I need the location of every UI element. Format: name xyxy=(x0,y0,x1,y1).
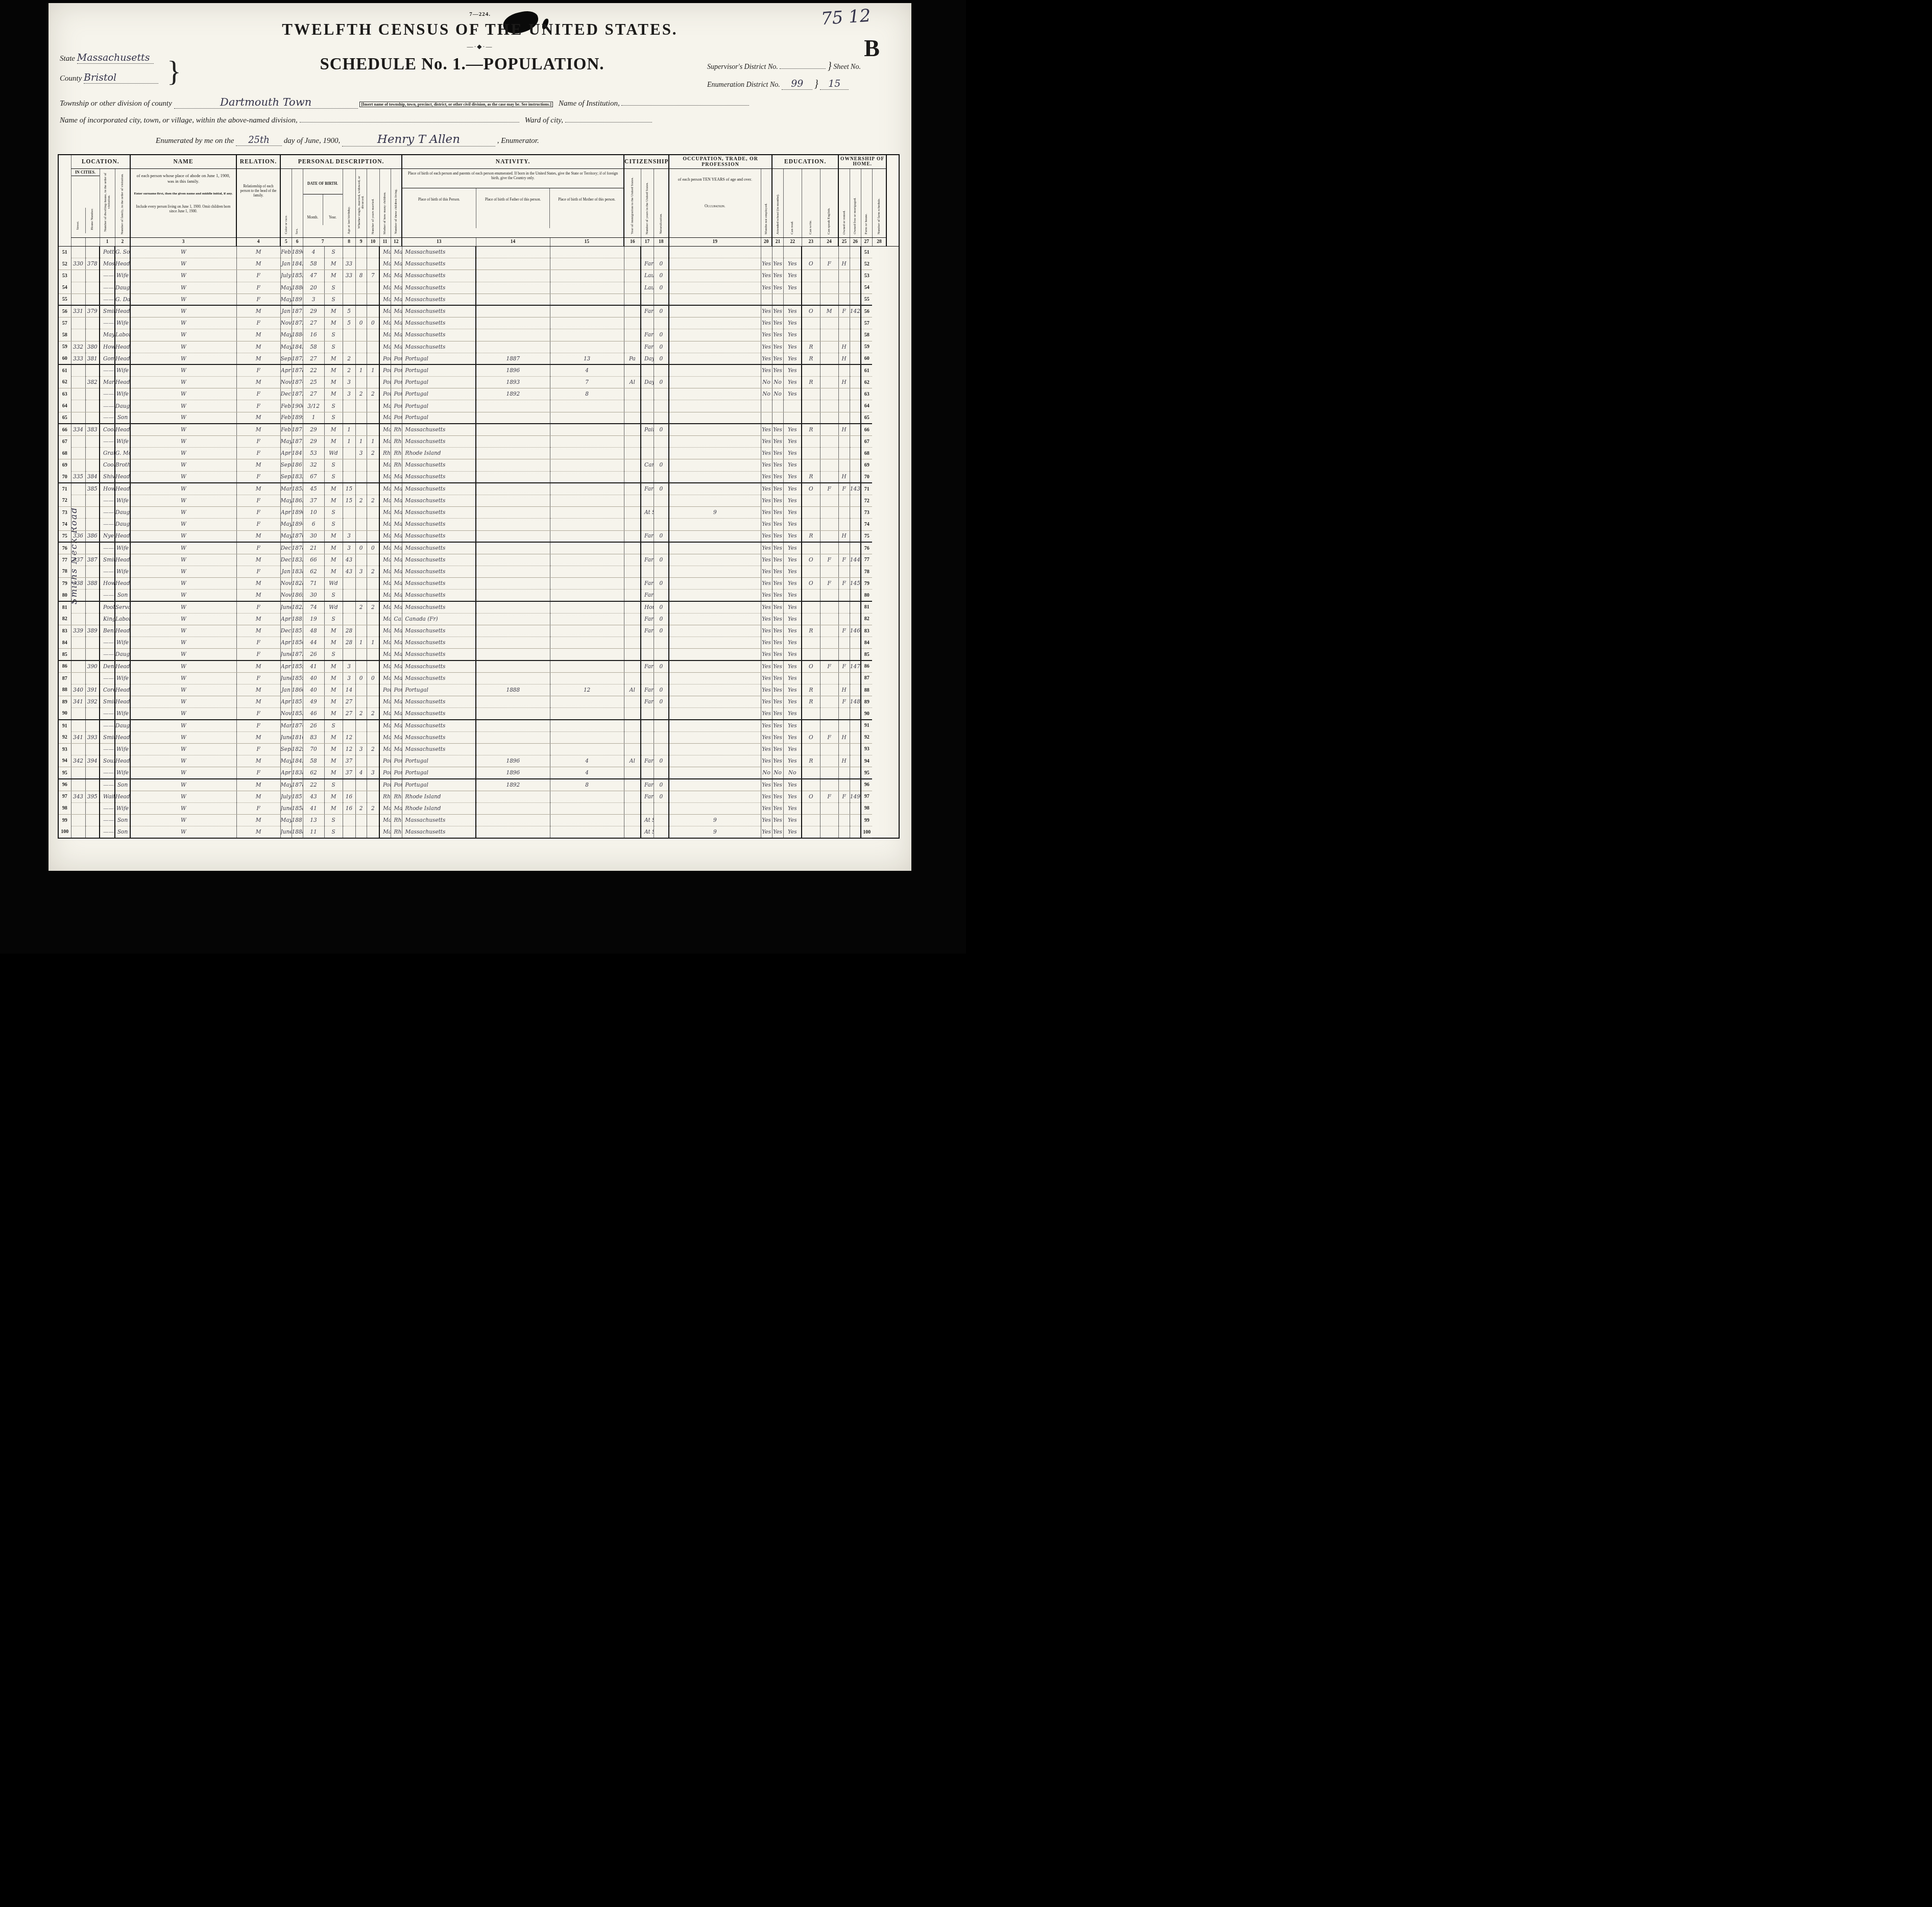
cell-marital: M xyxy=(324,305,343,317)
cell-line: 82 xyxy=(58,613,71,625)
cell-dwelling_no: 331 xyxy=(71,305,85,317)
cell-line-right: 81 xyxy=(861,601,872,613)
cell-occupation: Farm laborer xyxy=(641,590,654,601)
cell-can_read: Yes xyxy=(761,341,772,353)
cell-farm_schedule xyxy=(850,459,861,471)
cell-name: Howland, Edward xyxy=(100,341,115,353)
cell-children_living: 2 xyxy=(367,495,379,506)
cell-line: 98 xyxy=(58,802,71,814)
cell-years_married xyxy=(343,613,355,625)
cell-farm_schedule xyxy=(850,377,861,388)
cell-line: 95 xyxy=(58,767,71,779)
cell-farm_house: F xyxy=(838,791,850,802)
cell-name: ———, Phebe A. D. xyxy=(100,708,115,720)
cell-months_unemployed xyxy=(654,294,669,305)
cell-color: W xyxy=(130,755,236,767)
enumerated-mid: day of June, 1900, xyxy=(284,137,340,145)
cell-children_living xyxy=(367,684,379,696)
cell-mother_of xyxy=(355,305,367,317)
cell-line: 88 xyxy=(58,684,71,696)
cell-line-right: 70 xyxy=(861,471,872,483)
cell-relation: Wife xyxy=(115,802,130,814)
cell-farm_house xyxy=(838,601,850,613)
cell-pob_father: Rhode Island xyxy=(391,448,402,459)
cell-age: 40 xyxy=(303,684,324,696)
cell-speaks_english: Yes xyxy=(783,672,802,684)
cell-school_months xyxy=(669,743,761,755)
cell-free_mortgaged xyxy=(820,471,838,483)
cell-dwelling_no xyxy=(71,767,85,779)
cell-occupation: Farmer xyxy=(641,554,654,566)
cell-free_mortgaged xyxy=(820,294,838,305)
cell-farm_schedule xyxy=(850,412,861,424)
cell-years_married xyxy=(343,400,355,412)
cell-farm_house: H xyxy=(838,755,850,767)
cell-birth_year: 1858 xyxy=(292,802,303,814)
cell-family_no: 387 xyxy=(85,554,100,566)
cell-imm_year xyxy=(476,554,550,566)
cell-dwelling_no: 341 xyxy=(71,696,85,708)
cell-color: W xyxy=(130,731,236,743)
cell-can_write: Yes xyxy=(772,424,783,435)
cell-dwelling_no xyxy=(71,436,85,448)
cell-name: ———, Rebecca A. xyxy=(100,637,115,649)
cell-line: 66 xyxy=(58,424,71,435)
cell-family_no xyxy=(85,495,100,506)
cell-free_mortgaged xyxy=(820,625,838,637)
cell-dwelling_no xyxy=(71,495,85,506)
cell-age: 46 xyxy=(303,708,324,720)
cell-mother_of: 2 xyxy=(355,601,367,613)
cell-school_months xyxy=(669,590,761,601)
cell-line-right: 68 xyxy=(861,448,872,459)
cell-school_months xyxy=(669,519,761,530)
cell-can_write: Yes xyxy=(772,791,783,802)
cell-speaks_english xyxy=(783,247,802,258)
cell-sex: F xyxy=(236,802,280,814)
cell-marital: M xyxy=(324,530,343,542)
cell-line-right: 97 xyxy=(861,791,872,802)
cell-pob_mother: Rhode Island xyxy=(402,448,476,459)
cell-years_us xyxy=(550,542,624,554)
col-farm-house: Farm or house. xyxy=(864,213,868,235)
cell-line: 71 xyxy=(58,483,71,495)
cell-relation: Head xyxy=(115,341,130,353)
cell-color: W xyxy=(130,400,236,412)
table-row: 79338388Howland, Gideon R.HeadWMNov18287… xyxy=(58,578,899,590)
cell-pob: Massachusetts xyxy=(379,436,391,448)
cell-pob_father: Portugal xyxy=(391,353,402,364)
line-col-header-right xyxy=(886,155,899,247)
cell-free_mortgaged xyxy=(820,400,838,412)
table-row: 91———, Clara E.DaughterWFMar187426SMassa… xyxy=(58,720,899,731)
table-row: 71385Howland, JosephHeadWMMar185545M15Ma… xyxy=(58,483,899,495)
cell-months_unemployed xyxy=(654,566,669,578)
cell-speaks_english: Yes xyxy=(783,578,802,590)
cell-mother_of xyxy=(355,696,367,708)
cell-line: 63 xyxy=(58,388,71,400)
cell-speaks_english: Yes xyxy=(783,696,802,708)
cell-birth_year: 1872 xyxy=(292,317,303,329)
cell-can_read: Yes xyxy=(761,601,772,613)
cell-owned_rented xyxy=(802,388,820,400)
cell-family_no xyxy=(85,294,100,305)
col-can-write: Can write. xyxy=(809,219,812,235)
cell-birth_month: Apr xyxy=(280,661,292,672)
cell-sex: M xyxy=(236,661,280,672)
cell-relation: Head xyxy=(115,377,130,388)
cell-mother_of: 8 xyxy=(355,270,367,282)
cell-marital: M xyxy=(324,388,343,400)
cell-marital: S xyxy=(324,294,343,305)
cell-mother_of xyxy=(355,590,367,601)
cell-school_months xyxy=(669,661,761,672)
cell-name: ———, Tomassia xyxy=(100,767,115,779)
cell-years_married xyxy=(343,601,355,613)
col-color-race: Color or race. xyxy=(284,214,288,235)
cell-birth_month: Apr xyxy=(280,696,292,708)
cell-relation: G. Mother xyxy=(115,448,130,459)
cell-months_unemployed: 0 xyxy=(654,353,669,364)
enumeration-value: 99 xyxy=(791,78,803,89)
cell-sex: F xyxy=(236,270,280,282)
cell-line-right: 64 xyxy=(861,400,872,412)
cell-mother_of xyxy=(355,282,367,294)
cell-pob_mother: Massachusetts xyxy=(402,483,476,495)
cell-family_no xyxy=(85,459,100,471)
cell-owned_rented xyxy=(802,317,820,329)
cell-family_no xyxy=(85,400,100,412)
cell-owned_rented xyxy=(802,364,820,376)
cell-name: ———, Jane E. xyxy=(100,542,115,554)
enumerator-suffix: , Enumerator. xyxy=(497,137,539,145)
cell-marital: M xyxy=(324,625,343,637)
cell-farm_schedule: 143 xyxy=(850,483,861,495)
cell-family_no: 386 xyxy=(85,530,100,542)
cell-line-right: 100 xyxy=(861,826,872,838)
cell-years_married: 43 xyxy=(343,566,355,578)
cell-marital: S xyxy=(324,412,343,424)
col-months-unemployed: Months not employed. xyxy=(764,203,768,235)
cell-occupation xyxy=(641,495,654,506)
handwritten-page-note: 75 12 xyxy=(820,6,871,30)
cell-naturalization xyxy=(624,578,641,590)
cell-pob: Massachusetts xyxy=(379,294,391,305)
cell-relation: Head xyxy=(115,625,130,637)
cell-years_us: 8 xyxy=(550,779,624,791)
cell-marital: M xyxy=(324,377,343,388)
cell-name: ———, Clara M. xyxy=(100,282,115,294)
cell-pob_mother: Massachusetts xyxy=(402,815,476,826)
cell-marital: M xyxy=(324,696,343,708)
cell-pob: Massachusetts xyxy=(379,708,391,720)
cell-birth_year: 1871 xyxy=(292,436,303,448)
cell-mother_of: 0 xyxy=(355,317,367,329)
cell-free_mortgaged: F xyxy=(820,661,838,672)
cell-birth_month: Sept xyxy=(280,353,292,364)
cell-mother_of xyxy=(355,412,367,424)
cell-line: 59 xyxy=(58,341,71,353)
cell-months_unemployed: 0 xyxy=(654,341,669,353)
cell-pob: Massachusetts xyxy=(379,590,391,601)
cell-line: 57 xyxy=(58,317,71,329)
cell-pob_father: Massachusetts xyxy=(391,294,402,305)
cell-age: 71 xyxy=(303,578,324,590)
cell-years_us: 4 xyxy=(550,755,624,767)
cell-school_months: 9 xyxy=(669,507,761,519)
cell-imm_year xyxy=(476,530,550,542)
cell-speaks_english: Yes xyxy=(783,282,802,294)
cell-months_unemployed: 0 xyxy=(654,483,669,495)
cell-months_unemployed xyxy=(654,364,669,376)
cell-color: W xyxy=(130,519,236,530)
cell-can_write: Yes xyxy=(772,495,783,506)
county-label: County xyxy=(60,75,82,83)
cell-owned_rented: R xyxy=(802,471,820,483)
cell-relation: Son xyxy=(115,779,130,791)
cell-birth_year: 1888 xyxy=(292,826,303,838)
institution-label: Name of Institution, xyxy=(559,100,620,108)
cell-school_months xyxy=(669,294,761,305)
cell-line: 52 xyxy=(58,258,71,270)
cell-pob: Massachusetts xyxy=(379,424,391,435)
table-row: 76———, Jane E.WifeWFDec187821M300Massach… xyxy=(58,542,899,554)
cell-pob_father: Portugal xyxy=(391,684,402,696)
cell-months_unemployed: 0 xyxy=(654,459,669,471)
cell-free_mortgaged xyxy=(820,590,838,601)
cell-can_write: Yes xyxy=(772,625,783,637)
cell-line: 56 xyxy=(58,305,71,317)
cell-name: ———, Mary E. xyxy=(100,672,115,684)
cell-family_no xyxy=(85,720,100,731)
cell-mother_of: 2 xyxy=(355,708,367,720)
cell-birth_month: Dec xyxy=(280,554,292,566)
cell-marital: M xyxy=(324,424,343,435)
cell-can_write: Yes xyxy=(772,601,783,613)
cell-children_living xyxy=(367,459,379,471)
cell-farm_schedule xyxy=(850,684,861,696)
cell-family_no xyxy=(85,364,100,376)
cell-free_mortgaged xyxy=(820,519,838,530)
cell-naturalization xyxy=(624,282,641,294)
cell-line: 90 xyxy=(58,708,71,720)
table-row: 52330378Mosher, Sirenus W.HeadWMJan18425… xyxy=(58,258,899,270)
table-row: 90———, Phebe A. D.WifeWFNov185346M2722Ma… xyxy=(58,708,899,720)
cell-birth_year: 1878 xyxy=(292,779,303,791)
cell-pob: Massachusetts xyxy=(379,412,391,424)
col-pob-person: Place of birth of this Person. xyxy=(402,188,476,228)
cell-relation: Wife xyxy=(115,542,130,554)
cell-age: 20 xyxy=(303,282,324,294)
cell-birth_year: 1874 xyxy=(292,377,303,388)
cell-pob_father: Massachusetts xyxy=(391,625,402,637)
cell-months_unemployed xyxy=(654,436,669,448)
cell-line-right: 65 xyxy=(861,412,872,424)
cell-farm_schedule: 145 xyxy=(850,578,861,590)
cell-color: W xyxy=(130,720,236,731)
cell-can_read: Yes xyxy=(761,649,772,661)
cell-marital: M xyxy=(324,755,343,767)
cell-farm_house xyxy=(838,459,850,471)
cell-naturalization xyxy=(624,637,641,649)
cell-family_no xyxy=(85,802,100,814)
cell-line-right: 89 xyxy=(861,696,872,708)
cell-pob_mother: Portugal xyxy=(402,755,476,767)
cell-color: W xyxy=(130,696,236,708)
cell-color: W xyxy=(130,305,236,317)
census-table: LOCATION. NAME RELATION. PERSONAL DESCRI… xyxy=(58,154,900,839)
cell-imm_year xyxy=(476,672,550,684)
cell-sex: M xyxy=(236,731,280,743)
cell-sex: F xyxy=(236,388,280,400)
cell-can_read: Yes xyxy=(761,436,772,448)
cell-years_us: 8 xyxy=(550,388,624,400)
cell-line-right: 54 xyxy=(861,282,872,294)
cell-school_months xyxy=(669,601,761,613)
cell-farm_schedule xyxy=(850,400,861,412)
cell-birth_month: Jan xyxy=(280,566,292,578)
cell-color: W xyxy=(130,684,236,696)
cell-age: 43 xyxy=(303,791,324,802)
cell-occupation: Laundress xyxy=(641,282,654,294)
cell-farm_schedule xyxy=(850,720,861,731)
cell-years_us xyxy=(550,258,624,270)
cell-years_us xyxy=(550,731,624,743)
cell-years_married xyxy=(343,448,355,459)
cell-imm_year xyxy=(476,247,550,258)
cell-mother_of xyxy=(355,353,367,364)
cell-owned_rented xyxy=(802,649,820,661)
cell-speaks_english: Yes xyxy=(783,815,802,826)
cell-family_no xyxy=(85,672,100,684)
cell-owned_rented: O xyxy=(802,791,820,802)
cell-imm_year xyxy=(476,826,550,838)
cell-naturalization xyxy=(624,815,641,826)
cell-naturalization: Al xyxy=(624,755,641,767)
cell-pob_father: Portugal xyxy=(391,755,402,767)
cell-farm_schedule xyxy=(850,601,861,613)
cell-farm_house xyxy=(838,400,850,412)
cell-birth_month: Nov xyxy=(280,317,292,329)
cell-birth_month: Dec xyxy=(280,542,292,554)
cell-age: 67 xyxy=(303,471,324,483)
cell-mother_of xyxy=(355,294,367,305)
cell-pob_mother: Massachusetts xyxy=(402,282,476,294)
col-marital: Whether single, married, widowed, or div… xyxy=(357,169,365,235)
cell-children_living xyxy=(367,353,379,364)
cell-naturalization xyxy=(624,329,641,341)
cell-pob_mother: Massachusetts xyxy=(402,507,476,519)
cell-children_living xyxy=(367,720,379,731)
cell-sex: M xyxy=(236,412,280,424)
cell-years_us xyxy=(550,400,624,412)
incorporated-line: Name of incorporated city, town, or vill… xyxy=(60,116,897,125)
cell-can_write: Yes xyxy=(772,672,783,684)
cell-mother_of xyxy=(355,613,367,625)
cell-imm_year xyxy=(476,661,550,672)
cell-pob_father: Portugal xyxy=(391,388,402,400)
cell-pob: Massachusetts xyxy=(379,305,391,317)
cell-age: 58 xyxy=(303,755,324,767)
cell-years_married: 15 xyxy=(343,495,355,506)
cell-owned_rented xyxy=(802,743,820,755)
cell-occupation: Farmer xyxy=(641,661,654,672)
cell-birth_year: 1842 xyxy=(292,755,303,767)
cell-can_read: Yes xyxy=(761,530,772,542)
cell-farm_house: H xyxy=(838,530,850,542)
cell-pob_mother: Massachusetts xyxy=(402,258,476,270)
cell-name: Shiverick, Aurelia S. xyxy=(100,471,115,483)
cell-owned_rented xyxy=(802,590,820,601)
cell-line-right: 78 xyxy=(861,566,872,578)
cell-sex: M xyxy=(236,341,280,353)
cell-color: W xyxy=(130,341,236,353)
cell-school_months xyxy=(669,436,761,448)
cell-owned_rented: R xyxy=(802,530,820,542)
cell-sex: F xyxy=(236,400,280,412)
cell-line-right: 86 xyxy=(861,661,872,672)
cell-color: W xyxy=(130,329,236,341)
cell-owned_rented xyxy=(802,294,820,305)
cell-occupation: Day laborer xyxy=(641,353,654,364)
cell-marital: M xyxy=(324,731,343,743)
cell-name: Smith, Abraham H. xyxy=(100,554,115,566)
cell-owned_rented: R xyxy=(802,424,820,435)
cell-color: W xyxy=(130,637,236,649)
cell-imm_year xyxy=(476,637,550,649)
cell-mother_of xyxy=(355,731,367,743)
cell-sex: F xyxy=(236,743,280,755)
cell-months_unemployed xyxy=(654,247,669,258)
cell-pob_father: Portugal xyxy=(391,779,402,791)
col-date-of-birth: DATE OF BIRTH. Month. Year. xyxy=(303,169,343,238)
cell-years_married: 3 xyxy=(343,672,355,684)
cell-pob_father: Massachusetts xyxy=(391,282,402,294)
cell-free_mortgaged xyxy=(820,412,838,424)
cell-sex: M xyxy=(236,613,280,625)
cell-name: Pool, Lurana xyxy=(100,601,115,613)
cell-pob_father: Massachusetts xyxy=(391,637,402,649)
cell-speaks_english: Yes xyxy=(783,625,802,637)
cell-birth_month: July xyxy=(280,791,292,802)
group-nativity: NATIVITY. xyxy=(402,155,624,169)
cell-relation: Head xyxy=(115,258,130,270)
cell-family_no: 391 xyxy=(85,684,100,696)
cell-months_unemployed xyxy=(654,649,669,661)
cell-age: 74 xyxy=(303,601,324,613)
cell-relation: Wife xyxy=(115,566,130,578)
cell-years_us: 4 xyxy=(550,364,624,376)
cell-birth_year: 1897 xyxy=(292,294,303,305)
cell-owned_rented xyxy=(802,720,820,731)
cell-can_write: Yes xyxy=(772,802,783,814)
cell-family_no: 384 xyxy=(85,471,100,483)
cell-relation: Wife xyxy=(115,637,130,649)
cell-farm_house: H xyxy=(838,424,850,435)
cell-years_married xyxy=(343,578,355,590)
cell-years_married: 37 xyxy=(343,767,355,779)
cell-imm_year xyxy=(476,566,550,578)
cell-name: Howland, Gideon R. xyxy=(100,578,115,590)
cell-months_unemployed: 0 xyxy=(654,258,669,270)
cell-farm_house xyxy=(838,448,850,459)
table-row: 100———, Harold S.SonWMJune188811SMassach… xyxy=(58,826,899,838)
cell-months_unemployed: 0 xyxy=(654,329,669,341)
cell-naturalization xyxy=(624,625,641,637)
cell-free_mortgaged xyxy=(820,436,838,448)
cell-birth_month: Apr xyxy=(280,767,292,779)
table-row: 98———, Priscilla M.WifeWFJune185841M1622… xyxy=(58,802,899,814)
